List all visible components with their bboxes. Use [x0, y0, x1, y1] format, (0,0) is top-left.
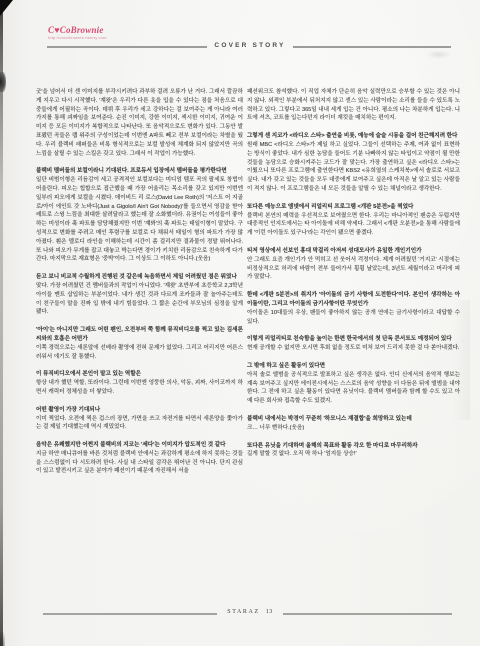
interview-question: 블랙비 내에서는 박경이 꾸준히 '하모니스 재결합'을 희망하고 있는데 — [247, 415, 460, 424]
interview-answer: 이미 찍었다. 오전에 찍은 겁스러 장면, 가면을 쓰고 자전거를 타면서 새… — [36, 415, 243, 433]
interview-question: 티저 영상에서 선보인 홍대 막걸리 아저씨 성대모사가 유일한 개인기인가 — [247, 247, 460, 256]
interview-question: 한데 <개판 5분전>의 취지가 '아이돌의 금기 사항에 도전한다'이다. 본… — [247, 291, 460, 309]
interview-answer: 아이돌은 10대들의 우상, 팬들이 좋아하지 않는 공개 연애는 금기사항이라… — [247, 309, 460, 327]
interview-answer: 크… 너무 뻔하다.(웃음) — [247, 424, 460, 433]
interview-answer: 지금 하얀 매니큐어를 바른 것처럼 블랙비 안에서는 과감하게 평소에 하지 … — [36, 450, 243, 476]
interview-answer: 블랙비 본연의 매력을 우선적으로 보여줬으면 한다. 우리는 마니아적인 팬층… — [247, 212, 460, 238]
interview-question: 또다른 유닛을 기대하며 올해의 목표와 활동 각오 한 마디로 마무리하자 — [247, 442, 460, 451]
watermark-logo-url: http://cocobrownie.tistory.com — [48, 36, 107, 40]
article-column-left: 굿'을 넘어서 더 센 이미지를 부각시키려다 과부하 걸려 오류가 난 거다.… — [36, 88, 243, 476]
scan-edge-strip — [0, 0, 3, 646]
paragraph: 굿'을 넘어서 더 센 이미지를 부각시키려다 과부하 걸려 오류가 난 거다.… — [36, 88, 243, 158]
footer-rule-right — [283, 613, 452, 615]
page-footer: STARAZ13 — [0, 609, 480, 621]
footer-rule-left — [43, 613, 217, 615]
scan-edge-blob — [0, 72, 6, 92]
footer-text: STARAZ13 — [217, 609, 283, 615]
paragraph: 패션위크도 참석했다. 이 직업 자체가 단순히 음악 실력만으로 승부할 수 … — [247, 88, 460, 123]
magazine-name: STARAZ — [227, 609, 259, 615]
scan-corner-mark — [0, 0, 13, 16]
interview-answer: 현재 공개할 수 없지만 오시면 후회 없을 정도로 미처 보여 드리지 못한 … — [247, 344, 460, 353]
interview-question: 그렇게 센 지코가 <라디오 스타> 출연을 비롯, 예능에 슬슬 시동을 걸어… — [247, 132, 460, 141]
page-number: 13 — [266, 609, 273, 615]
interview-answer: 일단 비범이형은 리듬감이 세고 공격적인 보컬보다는 미디엄 템포 곡의 팔세… — [36, 176, 243, 264]
interview-question: 블랙비 멤버들의 보컬이라니 기대된다. 프로듀서 입장에서 멤버들을 평가한다… — [36, 167, 243, 176]
interview-question: '아이'는 아니지만 그래도 어린 팬인, 오전부터 쭉 함께 뮤직비디오를 찍… — [36, 326, 243, 344]
interview-answer: 아직 솔로 앨범을 공식적으로 발표하고 싶은 생각은 없다. 인디 신에서의 … — [247, 371, 460, 406]
header-rule-left — [47, 46, 207, 48]
interview-answer: 안 그래도 요즘 개인기가 안 먹히고 선 웃어서 걱정이다. 제게 어려웠던 … — [247, 256, 460, 282]
interview-question: 이 뮤직비디오에서 본인이 맡고 있는 역할은 — [36, 370, 243, 379]
watermark-logo: C♥CoBrownie http://cocobrownie.tistory.c… — [48, 26, 107, 40]
interview-answer: 이쪽 경력으로는 새론앞에 선배라 촬영에 전혀 문제가 없었다. 그리고 어리… — [36, 344, 243, 362]
interview-question: 듣고 보니 비교적 수월하게 진행된 것 같은데 녹음하면서 제일 어려웠던 점… — [36, 273, 243, 282]
section-title: COVER STORY — [207, 42, 293, 49]
interview-answer: 길게 말할 것 없다. 오직 딱 하나 '엄지들 상승!' — [247, 450, 460, 459]
interview-question: 그 밖에 하고 싶은 활동이 있다면 — [247, 362, 460, 371]
interview-question: 어떤 촬영이 가장 기대되나 — [36, 406, 243, 415]
scanned-magazine-page: C♥CoBrownie http://cocobrownie.tistory.c… — [0, 0, 480, 646]
interview-answer: 항상 내가 했던 역할, 또라이다. 그런데 이번엔 엉뚱한 의사, 악동, 괴… — [36, 379, 243, 397]
interview-answer: 원래 MBC <라디오 스타>가 제일 하고 싶었다. 그들이 선택하는 주제,… — [247, 141, 460, 194]
watermark-logo-text: C♥CoBrownie — [48, 26, 107, 35]
interview-question: 음악은 유쾌했지만 어쩐지 블랙비의 지코는 '세다'는 이미지가 압도적인 것… — [36, 441, 243, 450]
interview-answer: 맞다. 가장 어려웠던 건 멤버들과의 작업이 아니었다. '쟤왓' 초반부에 … — [36, 282, 243, 317]
scan-edge-blob-bottom — [0, 632, 5, 646]
article-column-right: 패션위크도 참석했다. 이 직업 자체가 단순히 음악 실력만으로 승부할 수 … — [247, 88, 460, 459]
interview-question: 이렇게 리얼리티로 친숙함을 높이는 한편 한국에서의 첫 단독 콘서트도 예정… — [247, 335, 460, 344]
interview-question: 또다른 예능으로 엠넷에서 리얼리티 프로그램 <개판 5분전>을 찍었다 — [247, 203, 460, 212]
header-rule-right — [293, 46, 451, 48]
page-header: COVER STORY — [0, 42, 480, 52]
